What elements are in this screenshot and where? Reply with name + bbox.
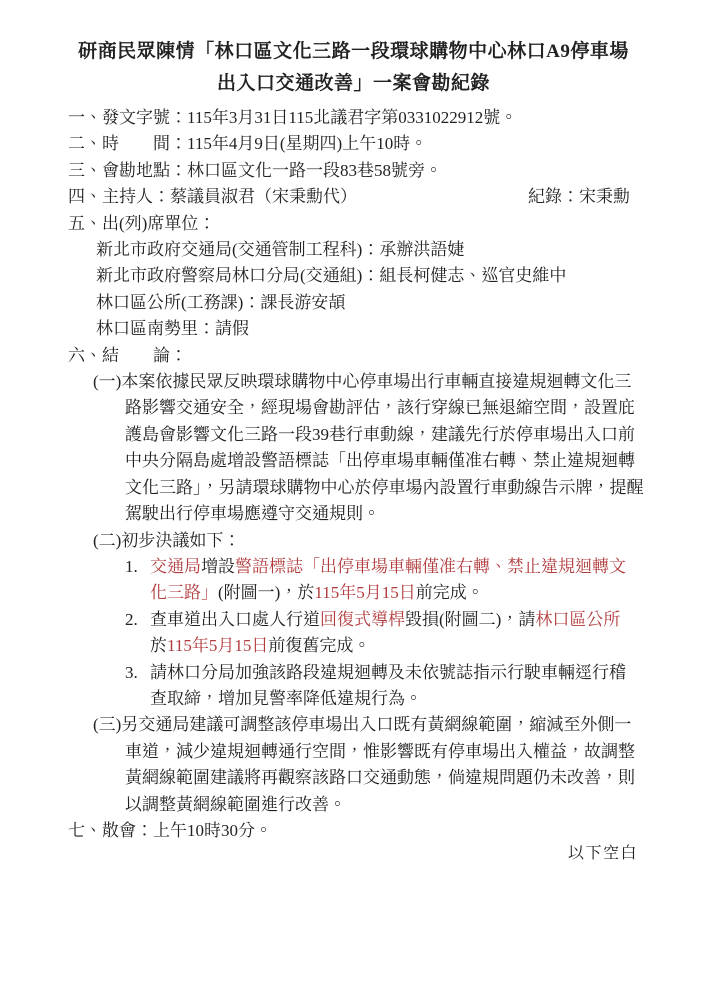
item-number: 1. [125,554,150,580]
red-text-segment: 115年5月15日 [167,636,268,655]
decision-item-3-line-2: 查取締，增加見警率降低違規行為。 [150,686,707,712]
decision-item-3-line-1: 3.請林口分局加強該路段違規迴轉及未依號誌指示行駛車輛逕行稽 [125,660,707,686]
text-segment: 毀損(附圖二)，請 [405,610,535,629]
conclusion2-heading: (二)初步決議如下： [93,528,707,554]
meeting-time-line: 二、時 間：115年4月9日(星期四)上午10時。 [68,131,707,157]
recorder-text: 紀錄：宋秉勳 [528,184,630,210]
document-title: 研商民眾陳情「林口區文化三路一段環球購物中心林口A9停車場 出入口交通改善」一案… [0,0,707,100]
attendee-line: 新北市政府交通局(交通管制工程科)：承辦洪語婕 [96,237,707,263]
decision-item-1-line-2: 化三路」(附圖一)，於115年5月15日前完成。 [150,580,707,606]
conclusion3-line: (三)另交通局建議可調整該停車場出入口既有黃網線範圍，縮減至外側一 [93,712,707,738]
red-text-segment: 交通局 [150,557,201,576]
red-text-segment: 林口區公所 [535,610,620,629]
decision-item-1-line-1: 1.交通局增設警語標誌「出停車場車輛僅准右轉、禁止違規迴轉文 [125,554,707,580]
item-number: 3. [125,660,150,686]
decision-item-2-line-1: 2.查車道出入口處人行道回復式導桿毀損(附圖二)，請林口區公所 [125,607,707,633]
text-segment: 於 [150,636,167,655]
document-body: 一、發文字號：115年3月31日115北議君字第0331022912號。 二、時… [0,105,707,868]
text-segment: 請林口分局加強該路段違規迴轉及未依號誌指示行駛車輛逕行稽 [150,663,626,682]
conclusion3-line: 車道，減少違規迴轉通行空間，惟影響既有停車場出入權益，故調整 [125,739,707,765]
conclusion-heading: 六、結 論： [68,343,707,369]
doc-number-line: 一、發文字號：115年3月31日115北議君字第0331022912號。 [68,105,707,131]
conclusion1-line: (一)本案依據民眾反映環球購物中心停車場出行車輛直接違規迴轉文化三 [93,369,707,395]
attendees-heading: 五、出(列)席單位： [68,211,707,237]
attendee-line: 新北市政府警察局林口分局(交通組)：組長柯健志、巡官史維中 [96,263,707,289]
text-segment: 前復舊完成。 [268,636,370,655]
item-number: 2. [125,607,150,633]
red-text-segment: 回復式導桿 [320,610,405,629]
below-blank-note: 以下空白 [568,841,707,867]
conclusion1-line: 文化三路」，另請環球購物中心於停車場內設置行車動線告示牌，提醒 [125,475,707,501]
decision-item-2-line-2: 於115年5月15日前復舊完成。 [150,633,707,659]
conclusion3-line: 黃網線範圍建議將再觀察該路口交通動態，倘違規問題仍未改善，則 [125,765,707,791]
conclusion1-line: 路影響交通安全，經現場會勘評估，該行穿線已無退縮空間，設置庇 [125,395,707,421]
attendee-line: 林口區南勢里：請假 [96,316,707,342]
document-page: 研商民眾陳情「林口區文化三路一段環球購物中心林口A9停車場 出入口交通改善」一案… [0,0,707,1000]
conclusion1-line: 護島會影響文化三路一段39巷行車動線，建議先行於停車場出入口前 [125,422,707,448]
conclusion3-line: 以調整黃網線範圍進行改善。 [125,792,707,818]
meeting-location-line: 三、會勘地點：林口區文化一路一段83巷58號旁。 [68,158,707,184]
red-text-segment: 警語標誌「出停車場車輛僅准右轉、禁止違規迴轉文 [235,557,626,576]
text-segment: (附圖一)，於 [218,583,314,602]
chair-line: 四、主持人：蔡議員淑君（宋秉勳代） 紀錄：宋秉勳 [68,184,707,210]
chair-text: 四、主持人：蔡議員淑君（宋秉勳代） [68,187,357,206]
conclusion1-line: 中央分隔島處增設警語標誌「出停車場車輛僅准右轉、禁止違規迴轉 [125,448,707,474]
red-text-segment: 115年5月15日 [314,583,415,602]
attendee-line: 林口區公所(工務課)：課長游安頡 [96,290,707,316]
red-text-segment: 化三路」 [150,583,218,602]
text-segment: 查車道出入口處人行道 [150,610,320,629]
text-segment: 前完成。 [416,583,484,602]
conclusion1-line: 駕駛出行停車場應遵守交通規則。 [125,501,707,527]
text-segment: 增設 [201,557,235,576]
title-line-2: 出入口交通改善」一案會勘紀錄 [0,68,707,100]
title-line-1: 研商民眾陳情「林口區文化三路一段環球購物中心林口A9停車場 [0,36,707,68]
